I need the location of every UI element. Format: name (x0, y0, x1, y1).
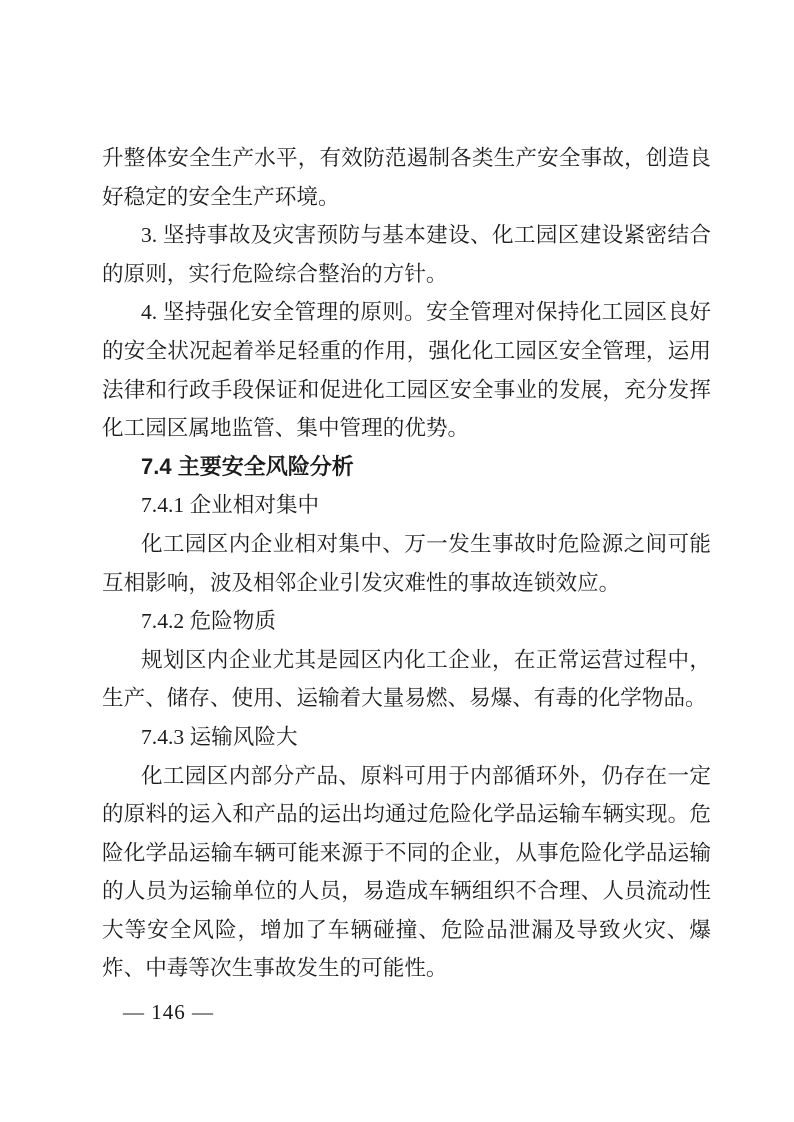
subheading-7-4-2: 7.4.2 危险物质 (102, 602, 711, 641)
subheading-7-4-1: 7.4.1 企业相对集中 (102, 486, 711, 525)
paragraph-transport-risk: 化工园区内部分产品、原料可用于内部循环外，仍存在一定的原料的运入和产品的运出均通… (102, 757, 711, 989)
paragraph-continued-safety-environment: 升整体安全生产水平，有效防范遏制各类生产安全事故，创造良好稳定的安全生产环境。 (102, 139, 711, 216)
subheading-7-4-3: 7.4.3 运输风险大 (102, 718, 711, 757)
paragraph-hazardous-materials: 规划区内企业尤其是园区内化工企业，在正常运营过程中，生产、储存、使用、运输着大量… (102, 641, 711, 718)
paragraph-enterprise-concentration: 化工园区内企业相对集中、万一发生事故时危险源之间可能互相影响，波及相邻企业引发灾… (102, 525, 711, 602)
paragraph-principle-3: 3. 坚持事故及灾害预防与基本建设、化工园区建设紧密结合的原则，实行危险综合整治… (102, 216, 711, 293)
paragraph-principle-4: 4. 坚持强化安全管理的原则。安全管理对保持化工园区良好的安全状况起着举足轻重的… (102, 293, 711, 447)
document-page: 升整体安全生产水平，有效防范遏制各类生产安全事故，创造良好稳定的安全生产环境。 … (0, 0, 794, 1122)
section-heading-7-4: 7.4 主要安全风险分析 (102, 448, 711, 487)
page-number: — 146 — (123, 997, 214, 1027)
document-body: 升整体安全生产水平，有效防范遏制各类生产安全事故，创造良好稳定的安全生产环境。 … (102, 139, 711, 988)
